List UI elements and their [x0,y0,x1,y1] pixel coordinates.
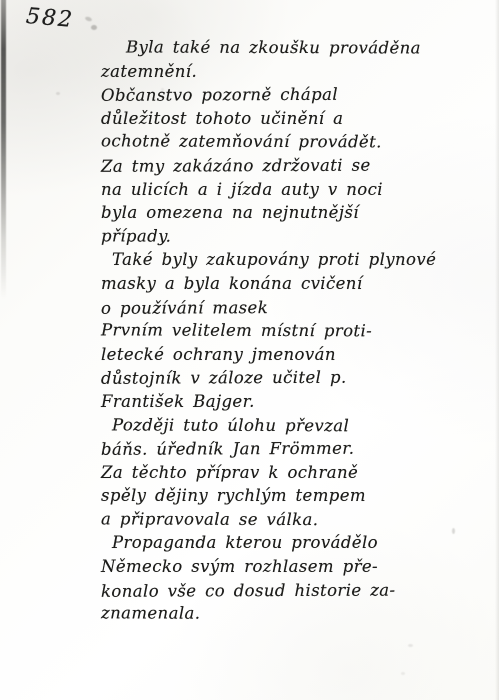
scan-speck [85,16,93,22]
handwritten-line: Později tuto úlohu převzal [101,413,471,438]
handwritten-line: zatemnění. [101,60,471,84]
handwritten-line: znamenala. [101,602,471,627]
scan-edge-streak [1,0,6,299]
handwritten-line: masky a byla konána cvičení [101,272,471,296]
handwritten-line: Za tmy zakázáno zdržovati se [101,153,471,178]
scan-speck [91,25,97,30]
scan-speck [408,644,413,647]
handwritten-line: Také byly zakupovány proti plynové [101,248,471,272]
scan-speck [56,92,60,95]
handwritten-line: a připravovala se válka. [101,507,471,532]
handwritten-line: Občanstvo pozorně chápal [101,82,471,107]
handwritten-line: spěly dějiny rychlým tempem [101,484,471,508]
handwritten-line: Prvním velitelem místní proti- [101,318,471,343]
handwritten-line: byla omezena na nejnutnější [101,201,471,225]
handwritten-text-block: Byla také na zkoušku prováděna zatemnění… [101,36,471,626]
scanned-document-page: 582 Byla také na zkoušku prováděna zatem… [0,0,499,700]
page-number: 582 [25,4,75,33]
handwritten-line: důstojník v záloze učitel p. [101,366,471,391]
handwritten-line: Za těchto příprav k ochraně [101,461,471,485]
handwritten-line: Propaganda kterou provádělo [101,531,471,555]
handwritten-line: ochotně zatemňování provádět. [101,130,471,155]
handwritten-line: František Bajger. [101,390,471,414]
handwritten-line: Německo svým rozhlasem pře- [101,555,471,579]
handwritten-line: na ulicích a i jízda auty v noci [101,178,471,202]
handwritten-line: důležitost tohoto učinění a [101,107,471,131]
scan-edge-shadow [495,0,499,700]
handwritten-line: letecké ochrany jmenován [101,343,471,367]
handwritten-line: případy. [101,224,471,249]
handwritten-line: Byla také na zkoušku prováděna [101,35,471,60]
scan-speck [401,672,405,675]
handwritten-line: o používání masek [101,295,471,320]
handwritten-line: konalo vše co dosud historie za- [101,578,471,603]
handwritten-line: báňs. úředník Jan Frömmer. [101,436,471,461]
